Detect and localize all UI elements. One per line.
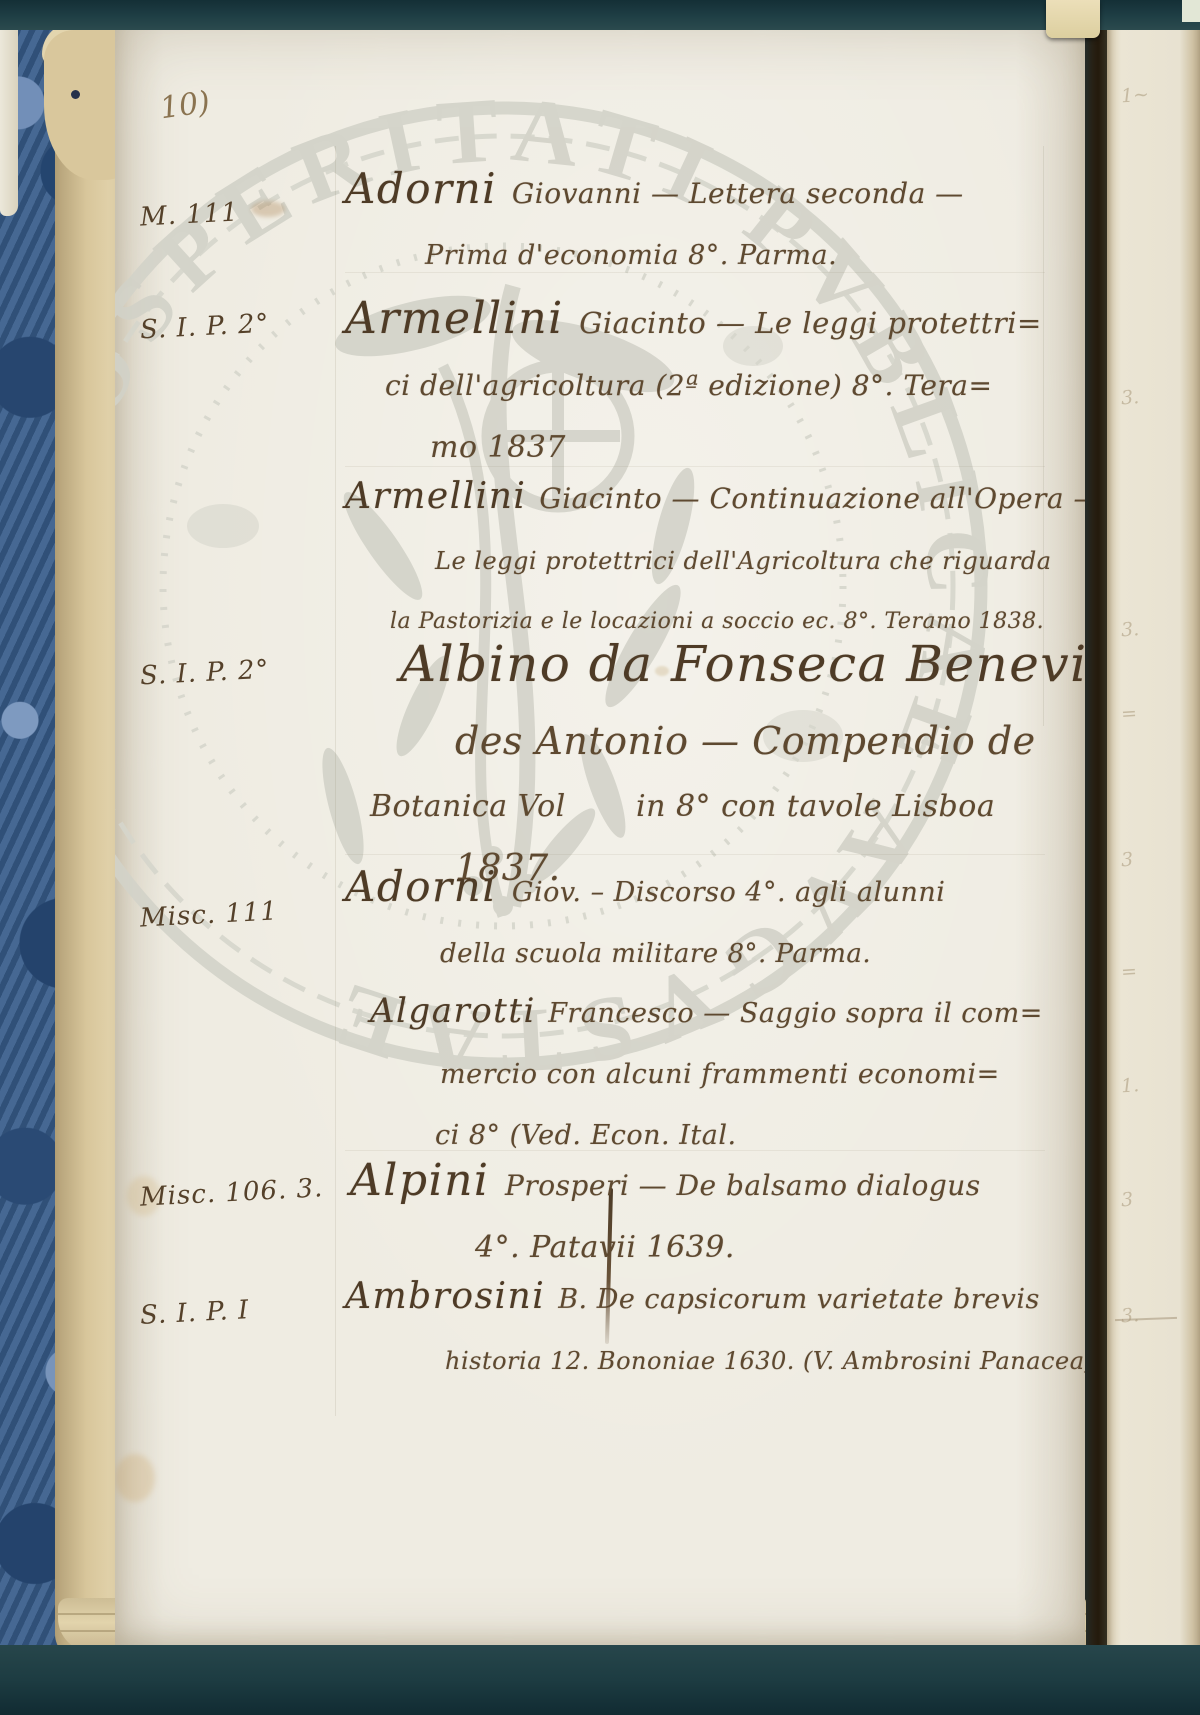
entry-text: historia 12. Bononiae 1630. (V. Ambrosin… (445, 1347, 1085, 1375)
binding-top (0, 0, 1200, 30)
entry-line: della scuola militare 8°. Parma. (440, 925, 1085, 986)
entry-text: Giovanni — Lettera seconda — (512, 177, 964, 210)
shelfmark: Misc. 111 (139, 896, 278, 933)
entry-text: ci dell'agricoltura (2ª edizione) 8°. Te… (385, 369, 992, 402)
gutter-shadow (1085, 0, 1107, 1715)
author-name: Ambrosini (345, 1276, 558, 1317)
vellum-spine-edge (0, 26, 18, 216)
bleedthrough-mark: 3. (1120, 1303, 1161, 1328)
entry-line: Le leggi protettrici dell'Agricoltura ch… (435, 532, 1085, 593)
shelfmark: Misc. 106. 3. (139, 1173, 324, 1213)
author-name: Albino da Fonseca Benevi= (400, 635, 1085, 693)
entry-line: mercio con alcuni frammenti economi= (440, 1046, 1085, 1107)
catalog-entry: Armellini Giacinto — Continuazione all'O… (115, 468, 1085, 652)
shelfmark: S. I. P. I (139, 1295, 250, 1331)
entry-text: Giacinto — Le leggi protettri= (579, 306, 1042, 340)
catalog-entry: Misc. 111Adorni Giov. – Discorso 4°. agl… (115, 858, 1085, 986)
entry-line: Prima d'economia 8°. Parma. (425, 227, 1085, 288)
bleedthrough-mark: 3 (1120, 847, 1161, 872)
entry-text: Le leggi protettrici dell'Agricoltura ch… (435, 547, 1052, 575)
bleedthrough-mark: 3 (1120, 1187, 1161, 1212)
entry-line: Adorni Giovanni — Lettera seconda — (345, 160, 1085, 227)
page-corner-notch (1182, 0, 1200, 22)
bleedthrough-mark: = (1120, 959, 1161, 984)
author-name: Algarotti (370, 991, 548, 1031)
bleedthrough-mark: 1. (1120, 1073, 1161, 1098)
entry-text: mo 1837 (430, 430, 566, 465)
author-name: Adorni (345, 862, 512, 911)
entry-line: Albino da Fonseca Benevi= (400, 628, 1085, 712)
entry-line: Algarotti Francesco — Saggio sopra il co… (370, 982, 1085, 1046)
entry-line: Adorni Giov. – Discorso 4°. agli alunni (345, 858, 1085, 925)
entry-line: Alpini Prosperi — De balsamo dialogus (350, 1152, 1085, 1219)
entry-line: Botanica Vol in 8° con tavole Lisboa (370, 778, 1085, 840)
page-corner-notch (1046, 0, 1100, 38)
entry-text: Botanica Vol in 8° con tavole Lisboa (370, 789, 995, 824)
entry-text: mercio con alcuni frammenti economi= (440, 1059, 1000, 1090)
entry-text: B. De capsicorum varietate brevis (558, 1284, 1040, 1315)
author-name: Alpini (350, 1155, 505, 1206)
bleedthrough-mark: 1~ (1120, 83, 1161, 108)
entries-layer: M. 111Adorni Giovanni — Lettera seconda … (115, 26, 1085, 1652)
cover-hole (71, 90, 80, 99)
bleedthrough-mark: 3. (1120, 617, 1161, 642)
shelfmark: S. I. P. 2° (139, 655, 270, 692)
entry-text: Giacinto — Continuazione all'Opera — (539, 482, 1085, 515)
entry-line: Ambrosini B. De capsicorum varietate bre… (345, 1268, 1085, 1332)
shelfmark: S. I. P. 2° (139, 309, 270, 346)
entry-text: des Antonio — Compendio de (455, 719, 1036, 763)
entry-line: Armellini Giacinto — Continuazione all'O… (345, 468, 1085, 532)
author-name: Armellini (345, 293, 579, 344)
catalog-entry: S. I. P. IAmbrosini B. De capsicorum var… (115, 1268, 1085, 1393)
catalog-entry: S. I. P. 2°Armellini Giacinto — Le leggi… (115, 290, 1085, 481)
manuscript-scan: PROSPERITATI PVBLICAE AVGVSTAE (0, 0, 1200, 1715)
entry-text: della scuola militare 8°. Parma. (440, 939, 871, 969)
catalog-entry: Algarotti Francesco — Saggio sopra il co… (115, 982, 1085, 1168)
adjacent-page-strip: 1~3.3.=3=1.33. (1107, 0, 1200, 1715)
entry-text: 4°. Patavii 1639. (475, 1230, 735, 1265)
entry-line: historia 12. Bononiae 1630. (V. Ambrosin… (445, 1332, 1085, 1393)
binding-bottom (0, 1645, 1200, 1715)
catalog-entry: Misc. 106. 3.Alpini Prosperi — De balsam… (115, 1152, 1085, 1281)
entry-text: ci 8° (Ved. Econ. Ital. (435, 1120, 737, 1151)
entry-line: Armellini Giacinto — Le leggi protettri= (345, 290, 1085, 357)
author-name: Armellini (345, 476, 539, 517)
bleedthrough-mark: 3. (1120, 385, 1161, 410)
entry-line: des Antonio — Compendio de (455, 712, 1085, 778)
catalog-entry: M. 111Adorni Giovanni — Lettera seconda … (115, 160, 1085, 288)
entry-text: Francesco — Saggio sopra il com= (548, 998, 1043, 1029)
entry-line: ci dell'agricoltura (2ª edizione) 8°. Te… (385, 357, 1085, 419)
author-name: Adorni (345, 164, 512, 213)
manuscript-page: PROSPERITATI PVBLICAE AVGVSTAE (115, 26, 1085, 1652)
shelfmark: M. 111 (139, 197, 239, 232)
entry-text: Prosperi — De balsamo dialogus (505, 1169, 981, 1202)
entry-text: Prima d'economia 8°. Parma. (425, 240, 837, 271)
bleedthrough-mark: = (1120, 701, 1161, 726)
entry-text: Giov. – Discorso 4°. agli alunni (512, 877, 946, 908)
